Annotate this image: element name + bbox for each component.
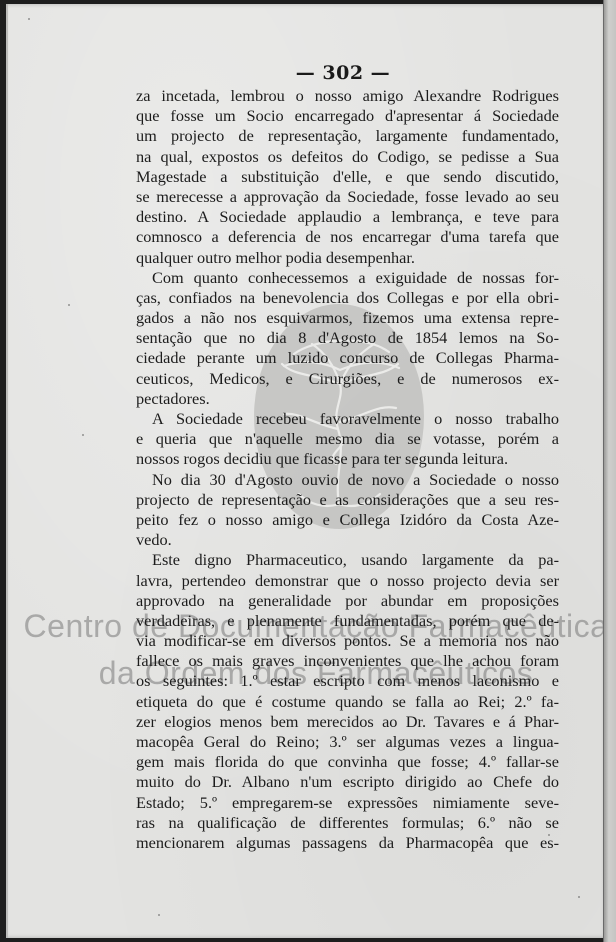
speck <box>158 914 160 916</box>
text-line: comnosco a deferencia de nos encarregar … <box>136 227 559 247</box>
speck <box>82 434 84 436</box>
text-line: fallece os mais graves inconvenientes qu… <box>136 651 559 671</box>
text-line: approvado na generalidade por abundar em… <box>136 591 559 611</box>
text-line: os seguintes: 1.º estar escripto com men… <box>136 671 559 691</box>
text-line: Estado; 5.º empregarem-se expressões nim… <box>136 793 559 813</box>
paragraph-start: A Sociedade recebeu favoravelmente o nos… <box>136 409 559 429</box>
text-line: vedo. <box>136 530 559 550</box>
text-line: se merecesse a approvação da Sociedade, … <box>136 187 559 207</box>
text-line: destino. A Sociedade applaudio a lembran… <box>136 207 559 227</box>
text-line: macopêa Geral do Reino; 3.º ser algumas … <box>136 732 559 752</box>
paragraph-start: Com quanto conhecessemos a exiguidade de… <box>136 268 559 288</box>
page-number: — 302 — <box>8 62 608 84</box>
body-text: za incetada, lembrou o nosso amigo Alexa… <box>136 86 559 853</box>
text-line: gados a não nos esquivarmos, fizemos uma… <box>136 308 559 328</box>
text-line: um projecto de representação, largamente… <box>136 126 559 146</box>
speck <box>28 18 30 20</box>
scanned-page-image: Centro de Documentação Farmacêutica da O… <box>0 0 616 942</box>
text-line: sentação que no dia 8 d'Agosto de 1854 l… <box>136 328 559 348</box>
text-line: muito do Dr. Albano n'um escripto dirigi… <box>136 772 559 792</box>
text-line: nossos rogos decidiu que ficasse para te… <box>136 449 559 469</box>
text-line: pectadores. <box>136 389 559 409</box>
text-line: gem mais florida do que convinha que fos… <box>136 752 559 772</box>
text-line: que fosse um Socio encarregado d'apresen… <box>136 106 559 126</box>
text-line: projecto de representação e as considera… <box>136 490 559 510</box>
text-line: za incetada, lembrou o nosso amigo Alexa… <box>136 86 559 106</box>
text-line: ceuticos, Medicos, e Cirurgiões, e de nu… <box>136 369 559 389</box>
text-line: peito fez o nosso amigo e Collega Izidór… <box>136 510 559 530</box>
book-page: Centro de Documentação Farmacêutica da O… <box>6 4 608 938</box>
text-line: na qual, expostos os defeitos do Codigo,… <box>136 147 559 167</box>
text-line: e queria que n'aquelle mesmo dia se vota… <box>136 429 559 449</box>
paragraph-start: No dia 30 d'Agosto ouvio de novo a Socie… <box>136 470 559 490</box>
speck <box>578 896 580 898</box>
speck <box>68 304 70 306</box>
text-line: verdadeiras, e plenamente fundamentadas,… <box>136 611 559 631</box>
text-line: zer elogios menos bem merecidos ao Dr. T… <box>136 712 559 732</box>
text-line: lavra, pertendeo demonstrar que o nosso … <box>136 571 559 591</box>
paragraph-start: Este digno Pharmaceutico, usando largame… <box>136 550 559 570</box>
text-line: ciedade perante um luzido concurso de Co… <box>136 348 559 368</box>
text-line: ras na qualificação de differentes formu… <box>136 813 559 833</box>
text-line: etiqueta do que é costume quando se fall… <box>136 692 559 712</box>
speck <box>548 834 550 836</box>
book-gutter <box>603 0 616 942</box>
text-line: qualquer outro melhor podia desempenhar. <box>136 248 559 268</box>
text-line: ças, confiados na benevolencia dos Colle… <box>136 288 559 308</box>
text-line: Magestade a substituição d'elle, e que s… <box>136 167 559 187</box>
text-line: mencionarem algumas passagens da Pharmac… <box>136 833 559 853</box>
text-line: via modificar-se em diversos pontos. Se … <box>136 631 559 651</box>
